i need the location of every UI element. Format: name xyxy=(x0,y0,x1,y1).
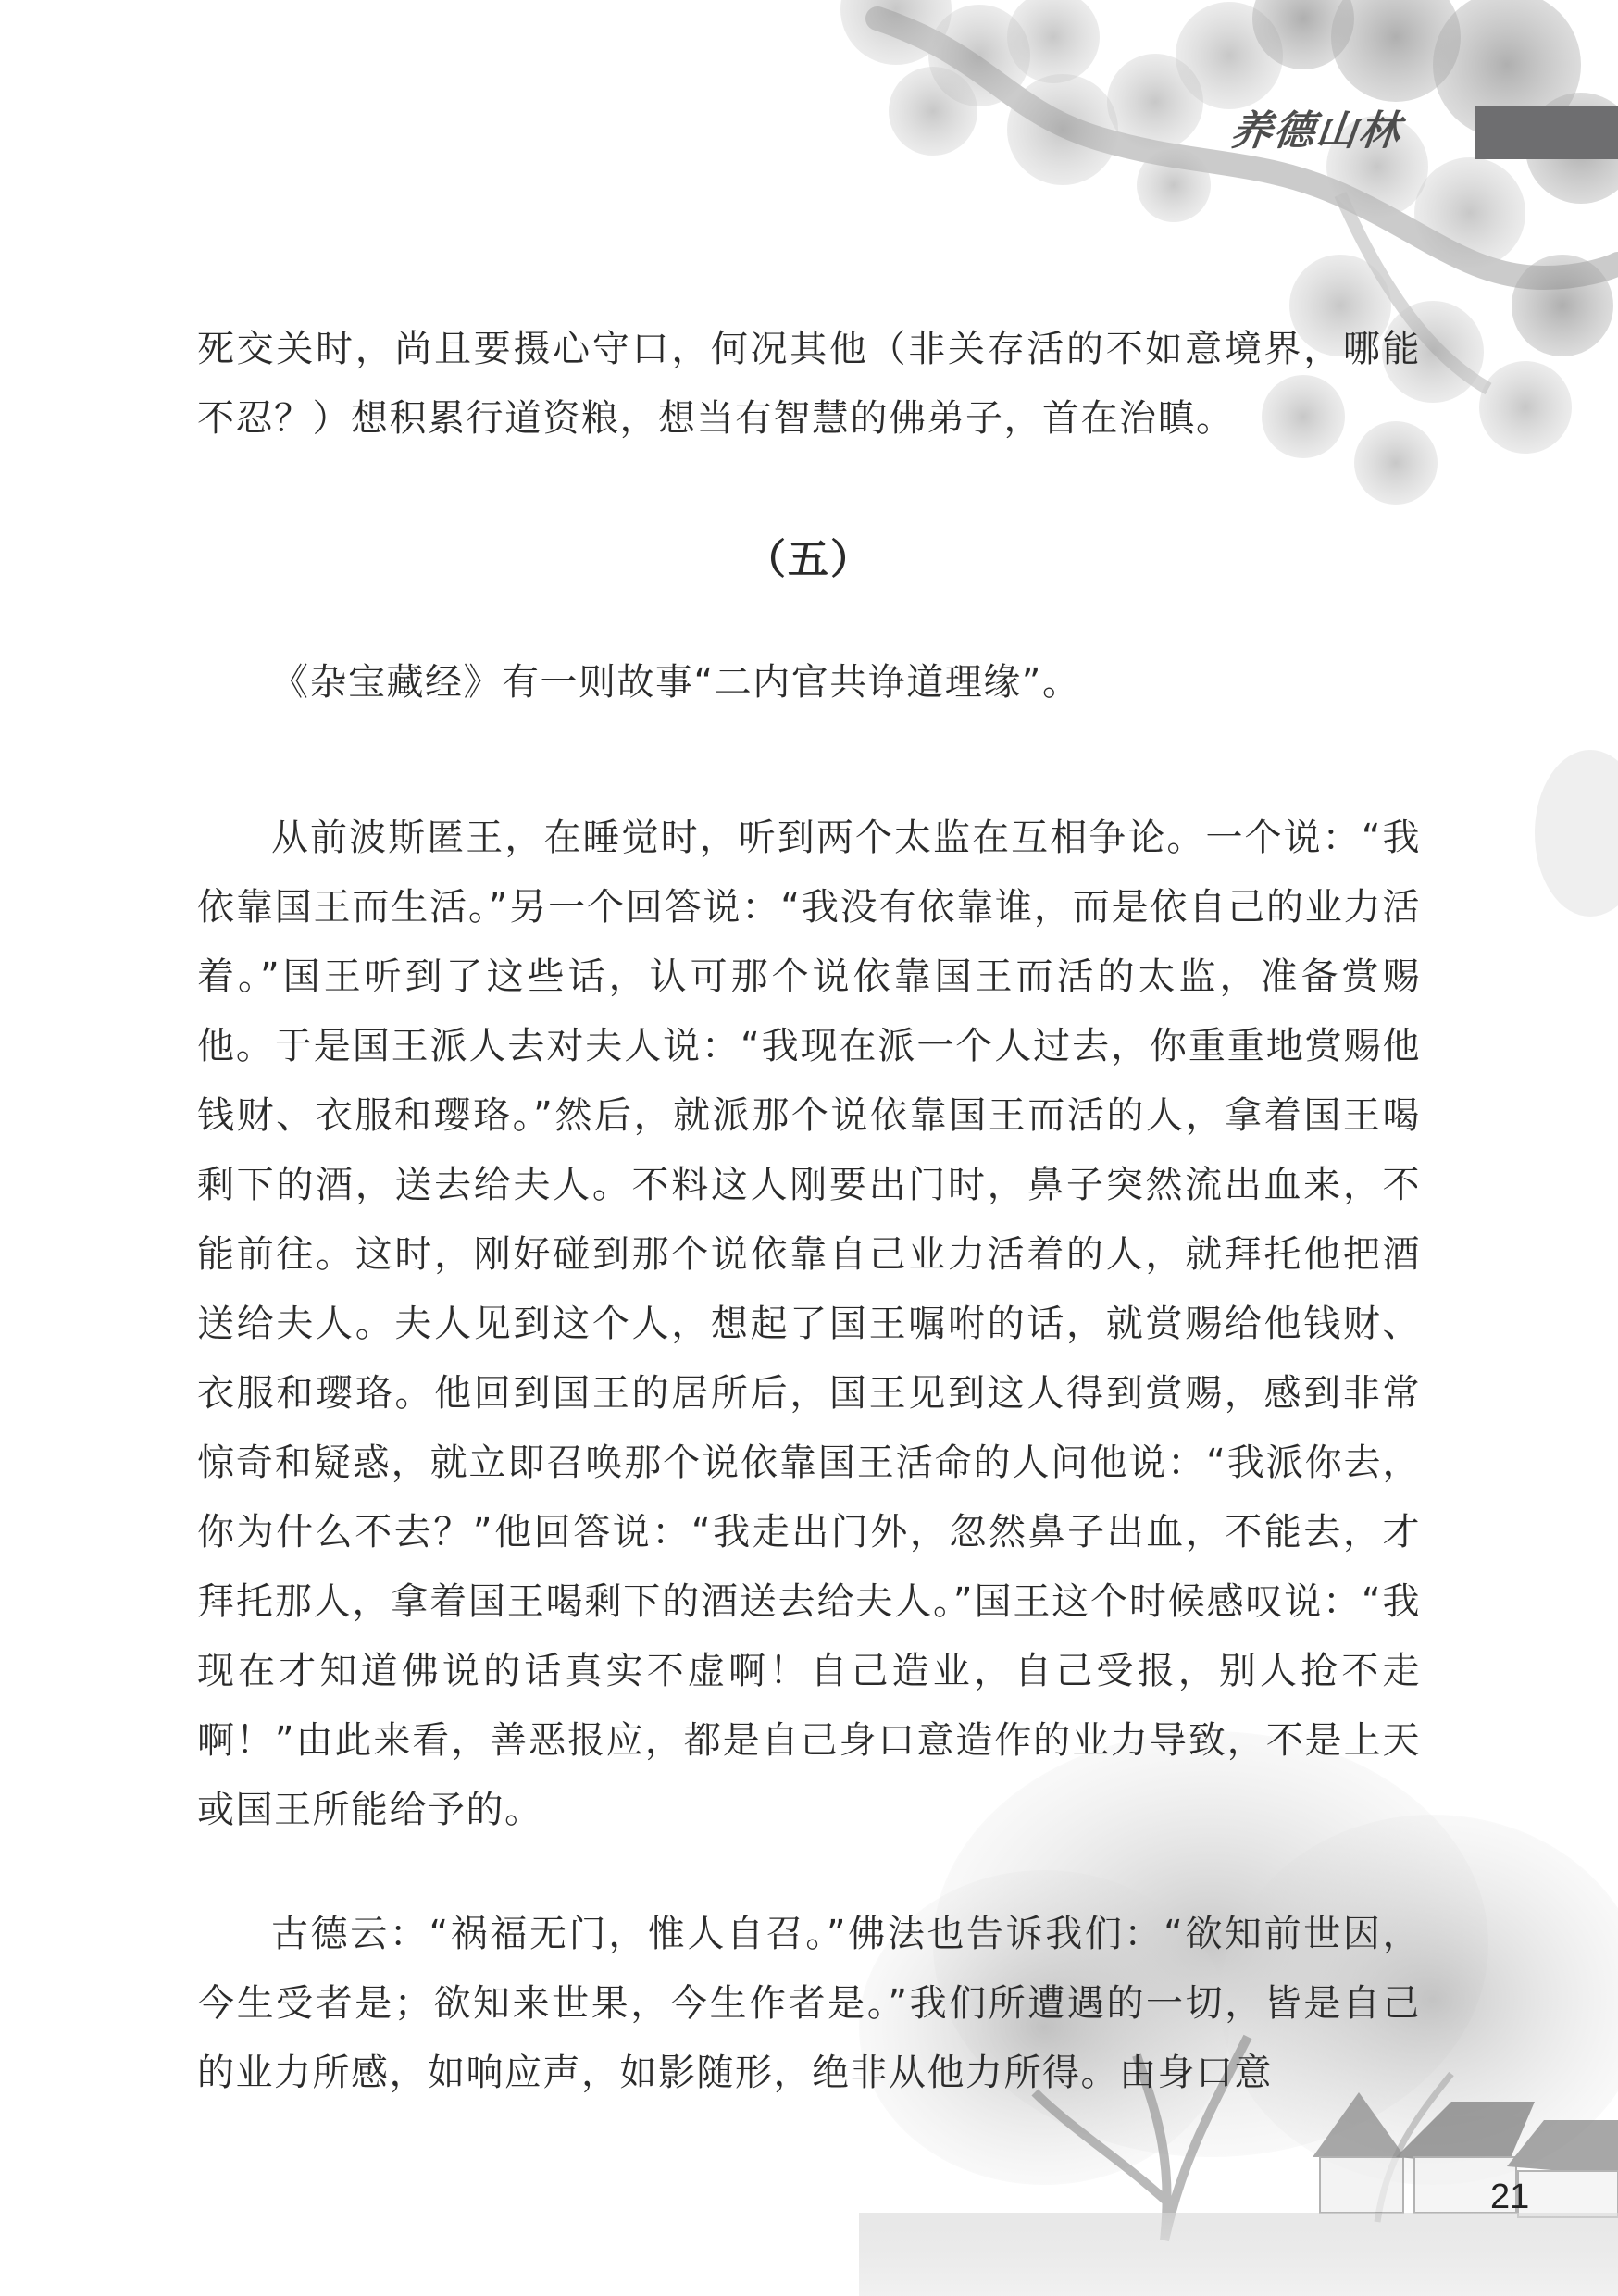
body-text: 死交关时，尚且要摄心守口，何况其他（非关存活的不如意境界，哪能不忍？）想积累行道… xyxy=(197,315,1421,454)
paragraph-intro: 《杂宝藏经》有一则故事“二内官共诤道理缘”。 xyxy=(197,648,1421,717)
body-text-closing: 古德云：“祸福无门，惟人自召。”佛法也告诉我们：“欲知前世因，今生受者是；欲知来… xyxy=(197,1900,1421,2108)
paragraph-closing: 古德云：“祸福无门，惟人自召。”佛法也告诉我们：“欲知前世因，今生受者是；欲知来… xyxy=(197,1900,1421,2108)
section-heading: （五） xyxy=(0,526,1618,585)
page-number: 21 xyxy=(1490,2177,1529,2217)
body-text-section-five: 《杂宝藏经》有一则故事“二内官共诤道理缘”。 xyxy=(197,648,1421,717)
mist-decoration xyxy=(1488,741,1618,926)
paragraph-story: 从前波斯匿王，在睡觉时，听到两个太监在互相争论。一个说：“我依靠国王而生活。”另… xyxy=(197,804,1421,1845)
running-header: 养德山林 xyxy=(1231,104,1401,159)
body-text-story: 从前波斯匿王，在睡觉时，听到两个太监在互相争论。一个说：“我依靠国王而生活。”另… xyxy=(197,804,1421,1845)
header-bar-decoration xyxy=(1475,106,1618,159)
paragraph-continuation: 死交关时，尚且要摄心守口，何况其他（非关存活的不如意境界，哪能不忍？）想积累行道… xyxy=(197,315,1421,454)
header-title: 养德山林 xyxy=(1228,104,1404,159)
